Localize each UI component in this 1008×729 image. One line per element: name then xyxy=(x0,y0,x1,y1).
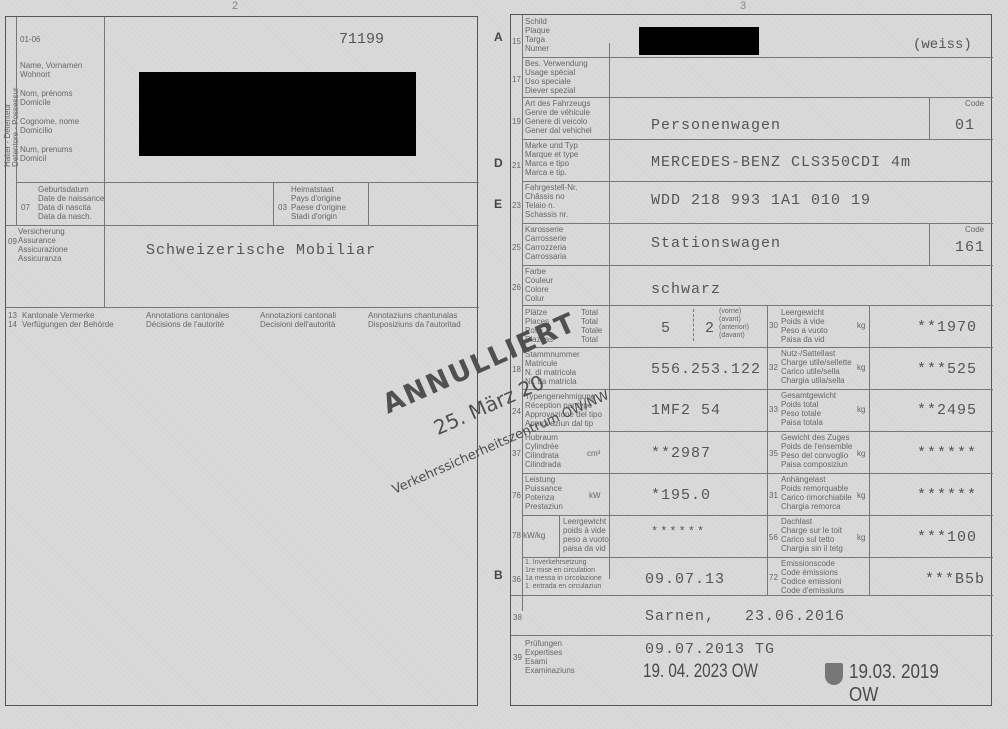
inspections-label: PrüfungenExpertisesEsamiExaminaziuns xyxy=(525,639,575,675)
power-weight-value: ****** xyxy=(651,525,706,539)
total-weight-value: **2495 xyxy=(917,402,977,419)
empty-weight-label: LeergewichtPoids à videPeso a vuotoPaisa… xyxy=(781,308,828,344)
empty-weight-value: **1970 xyxy=(917,319,977,336)
cantonal-label-de: Kantonale VermerkeVerfügungen der Behörd… xyxy=(22,311,114,329)
birthdate-label: GeburtsdatumDate de naissanceData di nas… xyxy=(38,185,104,221)
train-weight-label: Gewicht des ZugesPoids de l'ensemblePeso… xyxy=(781,433,852,469)
seats-front: 2 xyxy=(705,320,715,337)
vehicle-panel: 15 SchildPlaqueTargaNumer (weiss) 17 Bes… xyxy=(510,14,992,706)
color-label: FarbeCouleurColoreColur xyxy=(525,267,553,303)
inspection-stamp-2: 19.03. 2019 OW xyxy=(849,661,970,707)
trailer-load-label: AnhängelastPoids remorquableCarico rimor… xyxy=(781,475,852,511)
page-number-right: 3 xyxy=(740,0,746,12)
body-code: 161 xyxy=(955,239,985,256)
redacted-plate-number xyxy=(639,27,759,55)
color-value: schwarz xyxy=(651,281,721,298)
special-use-label: Bes. VerwendungUsage spécialUso speciale… xyxy=(525,59,588,95)
payload-value: ***525 xyxy=(917,361,977,378)
vehicle-type-label: Art des FahrzeugsGenre de véhiculeGenere… xyxy=(525,99,592,135)
redacted-holder-name xyxy=(139,72,416,156)
chassis-value: WDD 218 993 1A1 010 19 xyxy=(651,192,871,209)
holder-panel: Halter - Détenteur Detentore - Possessur… xyxy=(5,16,478,706)
matriculation-value: 556.253.122 xyxy=(651,361,761,378)
make-label: Marke und TypMarque et typeMarca e tipoM… xyxy=(525,141,578,177)
record-number-label: 01-06 xyxy=(20,35,40,44)
insurance-value: Schweizerische Mobiliar xyxy=(146,242,376,259)
cantonal-label-rm: Annotaziuns chantunalasDisposiziuns da l… xyxy=(368,311,461,329)
total-weight-label: GesamtgewichtPoids totalPeso totalePaisa… xyxy=(781,391,836,427)
record-number: 71199 xyxy=(339,31,384,48)
origin-label: HeimatstaatPays d'originePaese d'origine… xyxy=(291,185,346,221)
holder-side-label: Halter - Détenteur Detentore - Possessur xyxy=(4,27,20,167)
body-label: KarosserieCarrosserieCarrozzeriaCarrossa… xyxy=(525,225,566,261)
emission-code-label: EmissionscodeCode émissionsCodice emissi… xyxy=(781,559,844,595)
displacement-value: **2987 xyxy=(651,445,711,462)
cantonal-label-fr: Annotations cantonalesDécisions de l'aut… xyxy=(146,311,229,329)
emission-code-value: ***B5b xyxy=(925,571,985,588)
cantonal-label-it: Annotazioni cantonaliDecisioni dell'auto… xyxy=(260,311,336,329)
power-value: *195.0 xyxy=(651,487,711,504)
vehicle-type-value: Personenwagen xyxy=(651,117,781,134)
plate-color: (weiss) xyxy=(913,37,972,53)
power-weight-label: Leergewichtpoids à videpeso a vuotopaisa… xyxy=(563,517,609,553)
canton-emblem-icon xyxy=(825,663,843,685)
inspection-stamp-1: 19. 04. 2023 OW xyxy=(643,661,758,683)
make-value: MERCEDES-BENZ CLS350CDI 4m xyxy=(651,154,911,171)
power-label: LeistungPuissancePotenzaPrestaziun xyxy=(525,475,563,511)
body-value: Stationswagen xyxy=(651,235,781,252)
first-registration-value: 09.07.13 xyxy=(645,571,725,588)
trailer-load-value: ****** xyxy=(917,487,977,504)
roof-load-label: DachlastCharge sur le toitCarico sul tet… xyxy=(781,517,843,553)
seats-total: 5 xyxy=(661,320,671,337)
roof-load-value: ***100 xyxy=(917,529,977,546)
insurance-label: VersicherungAssuranceAssicurazioneAssicu… xyxy=(18,227,68,263)
displacement-label: HubraumCylindréeCilindrataCilindrada xyxy=(525,433,561,469)
place-date-value: Sarnen, 23.06.2016 xyxy=(645,608,845,625)
holder-name-labels: Name, VornamenWohnort Nom, prénomsDomici… xyxy=(20,61,82,163)
chassis-label: Fahrgestell-Nr.Châssis noTelaio n.Schass… xyxy=(525,183,577,219)
first-registration-label: 1. Inverkehrsetzung1re mise en circulati… xyxy=(525,559,602,591)
type-approval-value: 1MF2 54 xyxy=(651,402,721,419)
plate-label: SchildPlaqueTargaNumer xyxy=(525,17,550,53)
inspection-entry-1: 09.07.2013 TG xyxy=(645,641,775,658)
vehicle-type-code: 01 xyxy=(955,117,975,134)
train-weight-value: ****** xyxy=(917,445,977,462)
page-number-left: 2 xyxy=(232,0,238,12)
payload-label: Nutz-/SattellastCharge utile/selletteCar… xyxy=(781,349,852,385)
